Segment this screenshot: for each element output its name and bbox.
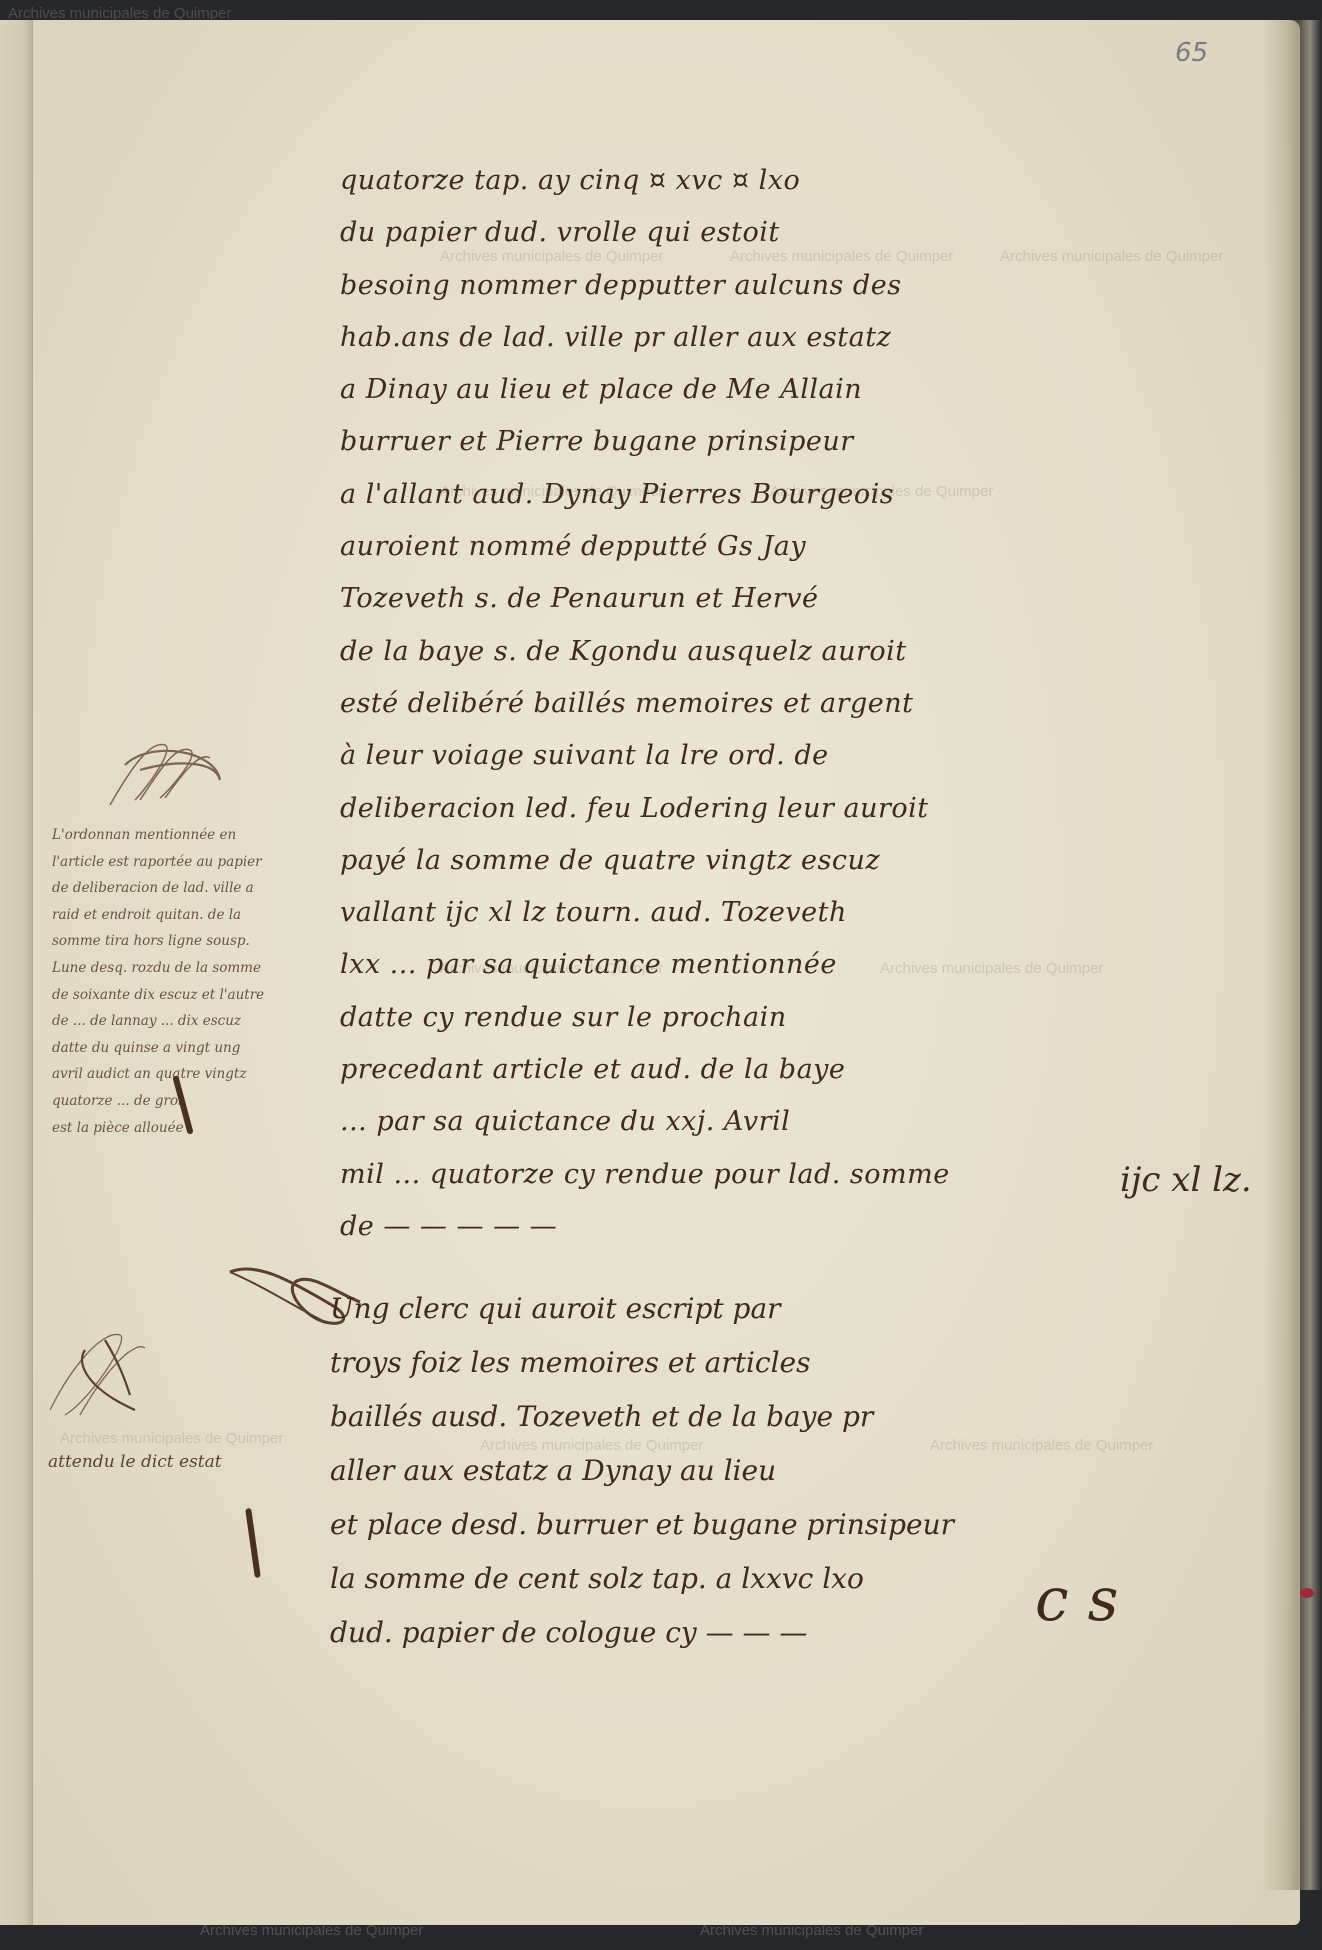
text-line: mil ... quatorze cy rendue pour lad. som… bbox=[340, 1149, 1040, 1201]
text-line: precedant article et aud. de la baye bbox=[340, 1044, 1040, 1096]
red-wax-mark bbox=[1300, 1588, 1314, 1598]
margin-line: de soixante dix escuz et l'autre bbox=[52, 982, 332, 1009]
text-line: esté delibéré baillés memoires et argent bbox=[340, 678, 1040, 730]
margin-line: de ... de lannay ... dix escuz bbox=[52, 1008, 332, 1035]
text-line: burruer et Pierre bugane prinsipeur bbox=[340, 416, 1040, 468]
margin-note-attendu: attendu le dict estat bbox=[48, 1452, 222, 1472]
text-line: Ung clerc qui auroit escript par bbox=[330, 1282, 1090, 1336]
text-line: quatorze tap. ay cinq ¤ xvc ¤ lxo bbox=[340, 155, 1040, 207]
main-text-block: quatorze tap. ay cinq ¤ xvc ¤ lxo du pap… bbox=[340, 155, 1040, 1253]
text-line: baillés ausd. Tozeveth et de la baye pr bbox=[330, 1390, 1090, 1444]
page-right-edge bbox=[1262, 20, 1322, 1890]
margin-line: L'ordonnan mentionnée en bbox=[52, 822, 332, 849]
text-line: de — — — — — bbox=[340, 1201, 1040, 1253]
text-line: troys foiz les memoires et articles bbox=[330, 1336, 1090, 1390]
sum-amount-1: ijc xl lz. bbox=[1120, 1160, 1252, 1200]
margin-line: de deliberacion de lad. ville a bbox=[52, 875, 332, 902]
margin-line: avril audict an quatre vingtz bbox=[52, 1061, 332, 1088]
text-line: du papier dud. vrolle qui estoit bbox=[340, 207, 1040, 259]
text-line: la somme de cent solz tap. a lxxvc lxo bbox=[330, 1552, 1090, 1606]
margin-line: somme tira hors ligne sousp. bbox=[52, 928, 332, 955]
margin-line: raid et endroit quitan. de la bbox=[52, 902, 332, 929]
text-line: lxx ... par sa quictance mentionnée bbox=[340, 939, 1040, 991]
second-entry-block: Ung clerc qui auroit escript par troys f… bbox=[330, 1282, 1090, 1660]
margin-line: datte du quinse a vingt ung bbox=[52, 1035, 332, 1062]
text-line: payé la somme de quatre vingtz escuz bbox=[340, 835, 1040, 887]
text-line: hab.ans de lad. ville pr aller aux estat… bbox=[340, 312, 1040, 364]
margin-line: l'article est raportée au papier bbox=[52, 849, 332, 876]
text-line: a l'allant aud. Dynay Pierres Bourgeois bbox=[340, 469, 1040, 521]
page-gutter bbox=[0, 20, 33, 1925]
text-line: de la baye s. de Kgondu ausquelz auroit bbox=[340, 626, 1040, 678]
text-line: Tozeveth s. de Penaurun et Hervé bbox=[340, 573, 1040, 625]
margin-line: Lune desq. rozdu de la somme bbox=[52, 955, 332, 982]
text-line: datte cy rendue sur le prochain bbox=[340, 992, 1040, 1044]
text-line: à leur voiage suivant la lre ord. de bbox=[340, 730, 1040, 782]
text-line: ... par sa quictance du xxj. Avril bbox=[340, 1096, 1040, 1148]
text-line: besoing nommer depputter aulcuns des bbox=[340, 260, 1040, 312]
text-line: et place desd. burruer et bugane prinsip… bbox=[330, 1498, 1090, 1552]
text-line: dud. papier de cologue cy — — — bbox=[330, 1606, 1090, 1660]
paraph-signature-icon bbox=[45, 1320, 155, 1420]
text-line: a Dinay au lieu et place de Me Allain bbox=[340, 364, 1040, 416]
text-line: vallant ijc xl lz tourn. aud. Tozeveth bbox=[340, 887, 1040, 939]
sum-amount-2: c s bbox=[1035, 1565, 1118, 1635]
text-line: auroient nommé depputté Gs Jay bbox=[340, 521, 1040, 573]
paraph-signature-icon bbox=[105, 730, 225, 810]
margin-line: quatorze ... de gros bbox=[52, 1088, 332, 1115]
folio-number: 65 bbox=[1175, 38, 1208, 68]
text-line: deliberacion led. feu Lodering leur auro… bbox=[340, 783, 1040, 835]
text-line: aller aux estatz a Dynay au lieu bbox=[330, 1444, 1090, 1498]
margin-note-ordonnance: L'ordonnan mentionnée en l'article est r… bbox=[52, 822, 332, 1141]
